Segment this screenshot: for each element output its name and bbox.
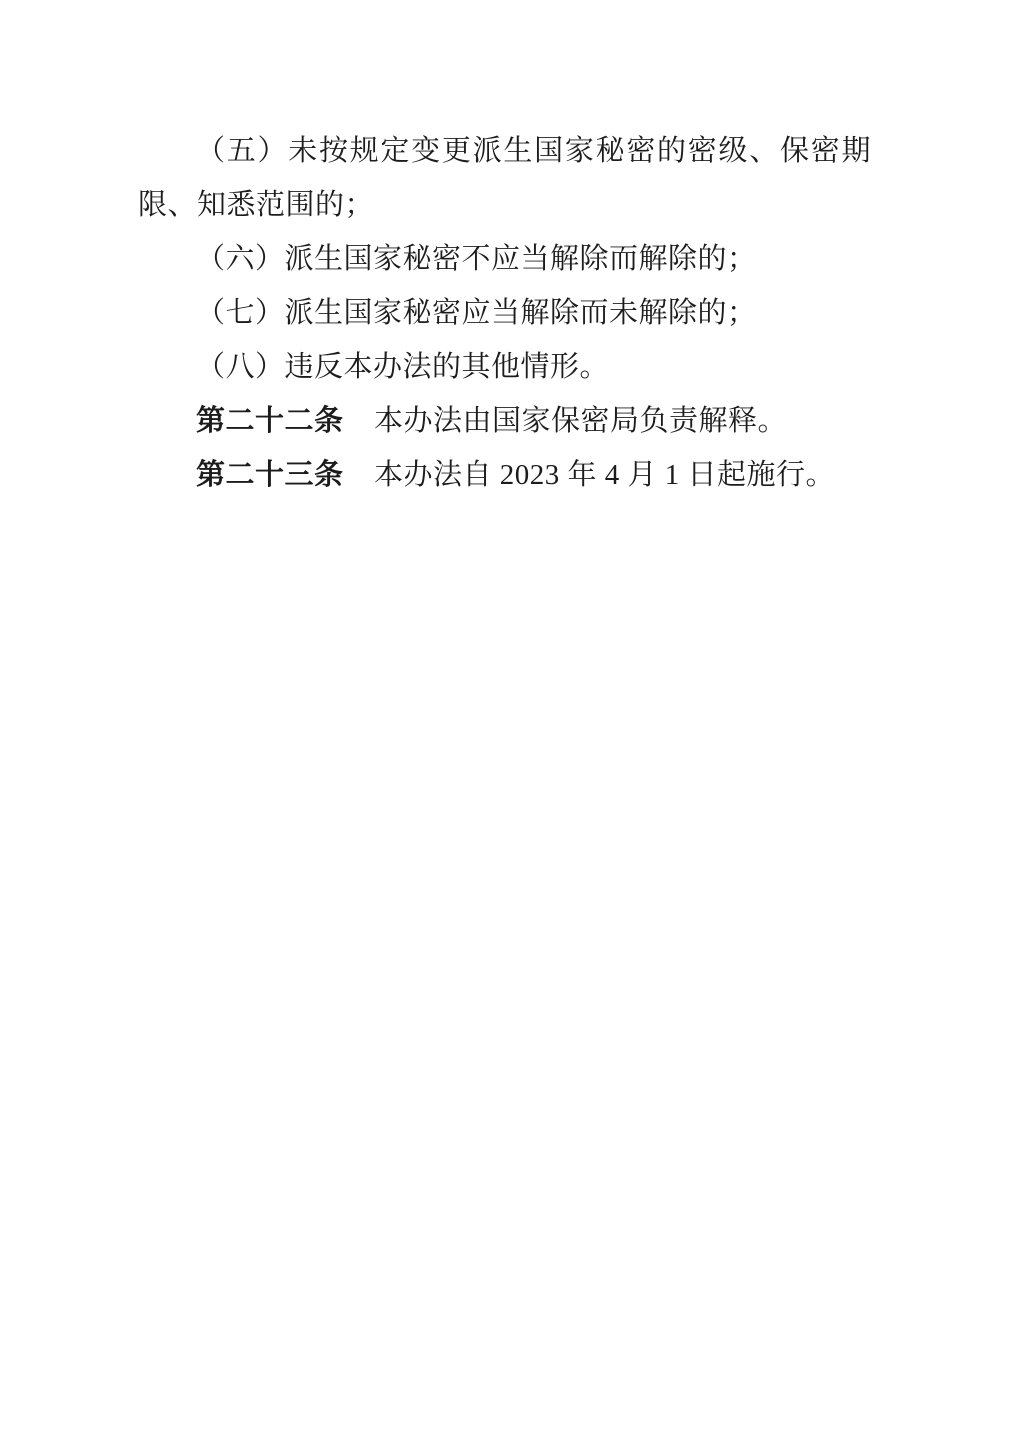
list-item-7: （七）派生国家秘密应当解除而未解除的； xyxy=(138,286,871,340)
list-item-6: （六）派生国家秘密不应当解除而解除的； xyxy=(138,232,871,286)
list-item-8: （八）违反本办法的其他情形。 xyxy=(138,340,871,394)
article-23-text: 本办法自 2023 年 4 月 1 日起施行。 xyxy=(374,459,835,491)
document-page: （五）未按规定变更派生国家秘密的密级、保密期限、知悉范围的； （六）派生国家秘密… xyxy=(0,0,1024,1448)
article-22-text: 本办法由国家保密局负责解释。 xyxy=(374,405,787,437)
article-22-heading: 第二十二条 xyxy=(196,405,344,437)
article-clause-22: 第二十二条本办法由国家保密局负责解释。 xyxy=(138,394,871,448)
article-clause-23: 第二十三条本办法自 2023 年 4 月 1 日起施行。 xyxy=(138,448,871,502)
list-item-5: （五）未按规定变更派生国家秘密的密级、保密期限、知悉范围的； xyxy=(138,124,871,232)
document-text-block: （五）未按规定变更派生国家秘密的密级、保密期限、知悉范围的； （六）派生国家秘密… xyxy=(138,124,871,502)
article-23-heading: 第二十三条 xyxy=(196,459,344,491)
